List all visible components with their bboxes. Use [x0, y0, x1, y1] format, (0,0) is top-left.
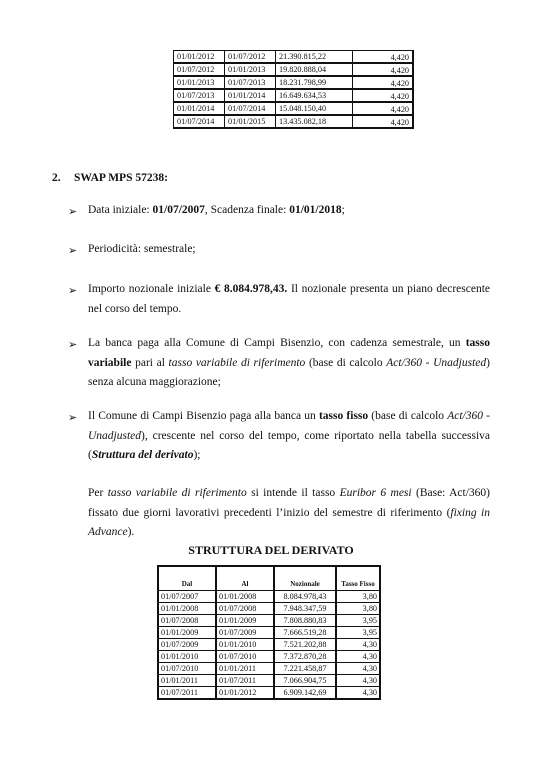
notional-paragraph: Importo nozionale iniziale € 8.084.978,4… — [88, 280, 490, 319]
cell-dal: 01/01/2010 — [158, 651, 216, 663]
cell-nozionale: 13.435.082,18 — [276, 115, 353, 128]
arrow-bullet-icon: ➢ — [68, 284, 77, 297]
period-paragraph: Periodicità: semestrale; — [88, 240, 490, 260]
table-row: 01/07/201301/01/201416.649.634,534,420 — [174, 89, 414, 102]
cell-nozionale: 8.084.978,43 — [274, 591, 336, 603]
cell-nozionale: 7.666.519,28 — [274, 627, 336, 639]
column-header: Nozionale — [274, 566, 336, 591]
cell-tasso: 3,80 — [336, 591, 380, 603]
cell-tasso: 3,95 — [336, 627, 380, 639]
cell-tasso: 4,30 — [336, 675, 380, 687]
cell-nozionale: 7.066.904,75 — [274, 675, 336, 687]
table-row: 01/01/201401/07/201415.048.150,404,420 — [174, 102, 414, 115]
cell-al: 01/07/2012 — [225, 51, 276, 64]
cell-al: 01/07/2014 — [225, 102, 276, 115]
cell-nozionale: 21.390.815,22 — [276, 51, 353, 64]
reference-rate-note: Per tasso variabile di riferimento si in… — [88, 484, 490, 543]
cell-tasso: 4,420 — [353, 76, 414, 89]
arrow-bullet-icon: ➢ — [68, 338, 77, 351]
arrow-bullet-icon: ➢ — [68, 411, 77, 424]
cell-tasso: 4,420 — [353, 51, 414, 64]
notional-table-continued: 01/01/201201/07/201221.390.815,224,42001… — [173, 50, 414, 129]
cell-dal: 01/07/2010 — [158, 663, 216, 675]
column-header: Tasso Fisso — [336, 566, 380, 591]
table-row: 01/07/200901/01/20107.521.202,884,30 — [158, 639, 380, 651]
cell-al: 01/01/2013 — [225, 63, 276, 76]
derivative-structure-table: DalAlNozionaleTasso Fisso 01/07/200701/0… — [157, 565, 381, 700]
derivative-structure-title: STRUTTURA DEL DERIVATO — [0, 543, 542, 558]
table-row: 01/01/201301/07/201318.231.798,994,420 — [174, 76, 414, 89]
cell-al: 01/07/2008 — [216, 603, 274, 615]
table-row: 01/07/201001/01/20117.221.458,874,30 — [158, 663, 380, 675]
cell-al: 01/07/2011 — [216, 675, 274, 687]
cell-al: 01/01/2008 — [216, 591, 274, 603]
cell-nozionale: 7.372.870,28 — [274, 651, 336, 663]
cell-dal: 01/01/2012 — [174, 51, 225, 64]
cell-dal: 01/07/2014 — [174, 115, 225, 128]
arrow-bullet-icon: ➢ — [68, 205, 77, 218]
cell-nozionale: 7.808.880,83 — [274, 615, 336, 627]
cell-dal: 01/01/2009 — [158, 627, 216, 639]
dates-paragraph: Data iniziale: 01/07/2007, Scadenza fina… — [88, 201, 490, 221]
cell-tasso: 3,95 — [336, 615, 380, 627]
cell-al: 01/01/2015 — [225, 115, 276, 128]
column-header: Dal — [158, 566, 216, 591]
cell-al: 01/07/2009 — [216, 627, 274, 639]
bank-paragraph: La banca paga alla Comune di Campi Bisen… — [88, 334, 490, 393]
cell-dal: 01/07/2007 — [158, 591, 216, 603]
cell-al: 01/01/2011 — [216, 663, 274, 675]
cell-nozionale: 7.948.347,59 — [274, 603, 336, 615]
cell-tasso: 4,420 — [353, 102, 414, 115]
table-row: 01/01/201001/07/20107.372.870,284,30 — [158, 651, 380, 663]
cell-dal: 01/07/2009 — [158, 639, 216, 651]
cell-dal: 01/01/2011 — [158, 675, 216, 687]
cell-dal: 01/01/2013 — [174, 76, 225, 89]
table-row: 01/07/200801/01/20097.808.880,833,95 — [158, 615, 380, 627]
table-row: 01/01/201201/07/201221.390.815,224,420 — [174, 51, 414, 64]
cell-dal: 01/01/2014 — [174, 102, 225, 115]
cell-tasso: 4,420 — [353, 89, 414, 102]
cell-tasso: 4,30 — [336, 687, 380, 700]
cell-al: 01/01/2012 — [216, 687, 274, 700]
section-number: 2. — [52, 172, 74, 184]
section-title: SWAP MPS 57238: — [74, 172, 168, 184]
cell-nozionale: 19.820.888,04 — [276, 63, 353, 76]
table-row: 01/07/201201/01/201319.820.888,044,420 — [174, 63, 414, 76]
column-header: Al — [216, 566, 274, 591]
cell-tasso: 3,80 — [336, 603, 380, 615]
cell-nozionale: 18.231.798,99 — [276, 76, 353, 89]
cell-nozionale: 7.521.202,88 — [274, 639, 336, 651]
cell-dal: 01/01/2008 — [158, 603, 216, 615]
table-row: 01/07/200701/01/20088.084.978,433,80 — [158, 591, 380, 603]
comune-paragraph: Il Comune di Campi Bisenzio paga alla ba… — [88, 407, 490, 466]
cell-dal: 01/07/2012 — [174, 63, 225, 76]
cell-dal: 01/07/2008 — [158, 615, 216, 627]
cell-nozionale: 6.909.142,69 — [274, 687, 336, 700]
cell-al: 01/07/2013 — [225, 76, 276, 89]
cell-tasso: 4,420 — [353, 63, 414, 76]
table-row: 01/01/200901/07/20097.666.519,283,95 — [158, 627, 380, 639]
table-row: 01/01/200801/07/20087.948.347,593,80 — [158, 603, 380, 615]
table-row: 01/07/201401/01/201513.435.082,184,420 — [174, 115, 414, 128]
arrow-bullet-icon: ➢ — [68, 244, 77, 257]
cell-dal: 01/07/2013 — [174, 89, 225, 102]
cell-al: 01/01/2014 — [225, 89, 276, 102]
cell-dal: 01/07/2011 — [158, 687, 216, 700]
cell-al: 01/07/2010 — [216, 651, 274, 663]
section-heading: 2.SWAP MPS 57238: — [52, 172, 168, 184]
cell-tasso: 4,420 — [353, 115, 414, 128]
cell-nozionale: 15.048.150,40 — [276, 102, 353, 115]
cell-nozionale: 7.221.458,87 — [274, 663, 336, 675]
cell-nozionale: 16.649.634,53 — [276, 89, 353, 102]
cell-tasso: 4,30 — [336, 639, 380, 651]
table-row: 01/07/201101/01/20126.909.142,694,30 — [158, 687, 380, 700]
cell-tasso: 4,30 — [336, 663, 380, 675]
cell-al: 01/01/2009 — [216, 615, 274, 627]
cell-tasso: 4,30 — [336, 651, 380, 663]
table-row: 01/01/201101/07/20117.066.904,754,30 — [158, 675, 380, 687]
cell-al: 01/01/2010 — [216, 639, 274, 651]
